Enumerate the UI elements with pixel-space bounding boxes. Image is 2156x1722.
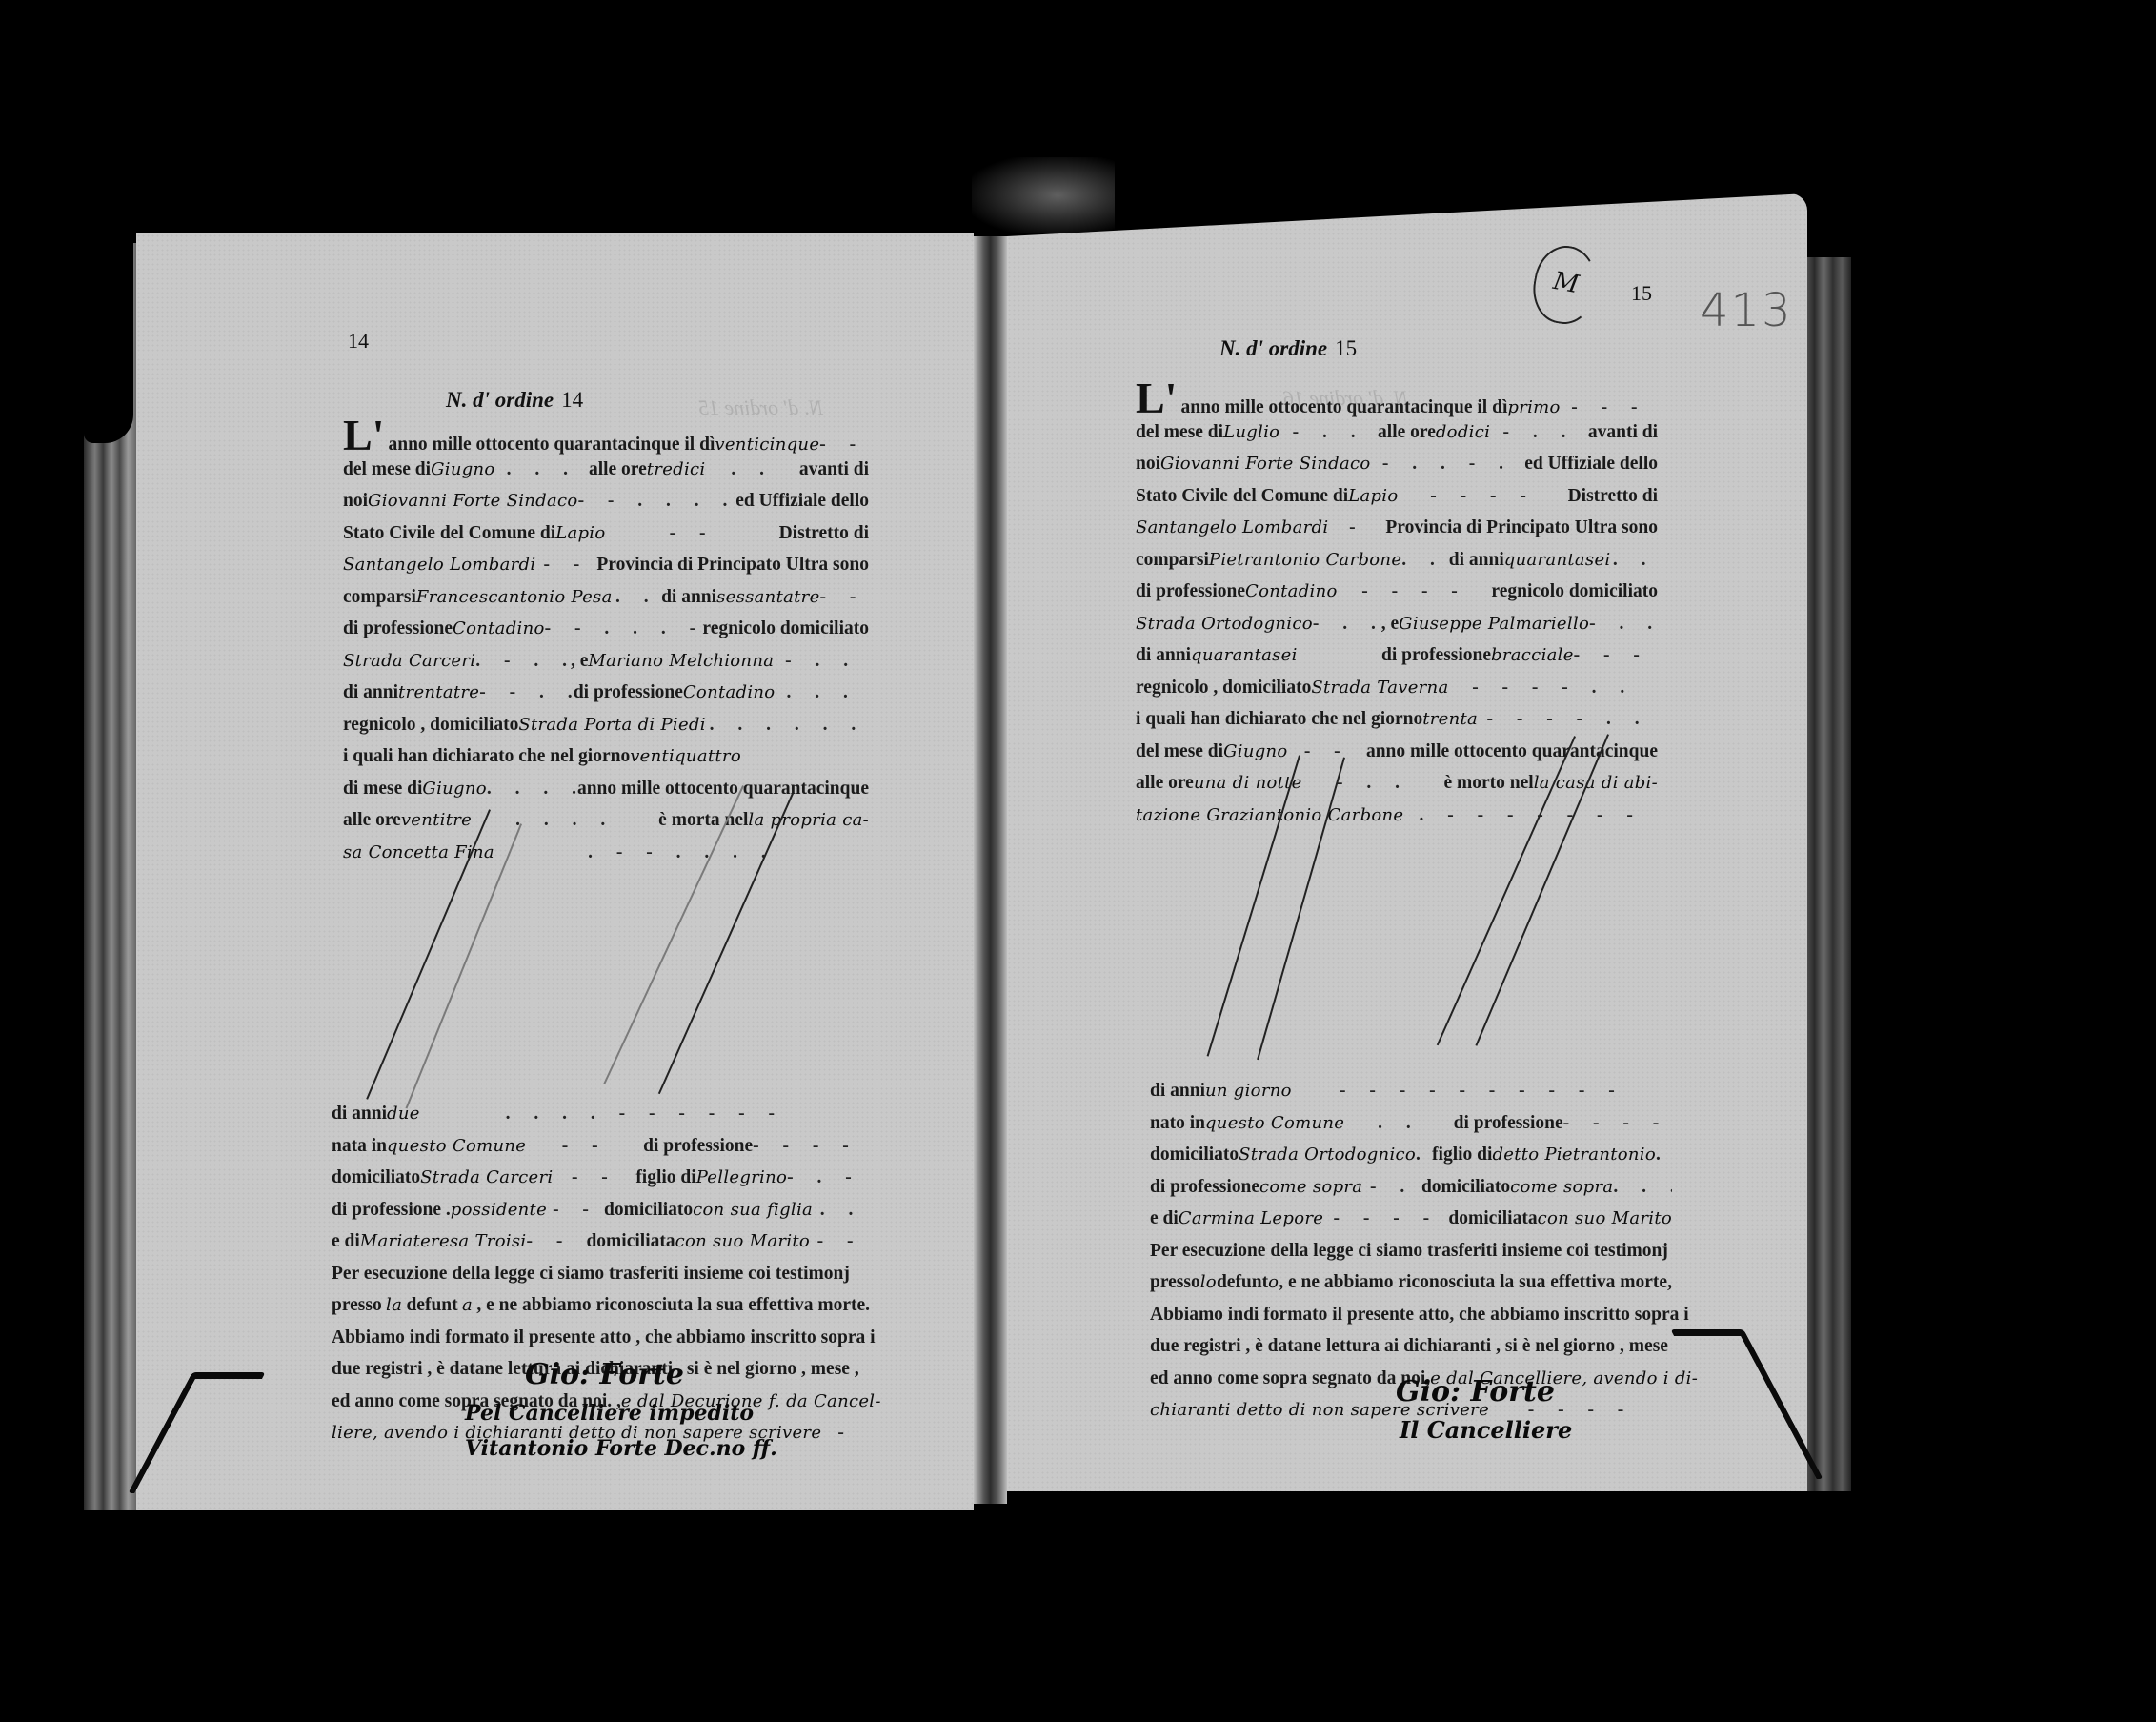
record-line: Per esecuzione della legge ci siamo tras… (332, 1258, 870, 1290)
filler-dashes: - - . . . - (545, 613, 703, 645)
handwritten-entry: Giugno (1223, 736, 1287, 768)
handwritten-entry: dodici (1436, 416, 1490, 449)
printed-text: di professione (1454, 1107, 1563, 1140)
printed-text: di professione (1381, 639, 1491, 672)
filler-dashes: . - . . . (475, 645, 571, 678)
handwritten-entry: ventitre (401, 804, 472, 837)
handwritten-entry: come sopra (1259, 1171, 1362, 1204)
handwritten-entry: Contadino (1245, 576, 1338, 608)
record-line: pressoladefunta, e ne abbiamo riconosciu… (332, 1289, 870, 1322)
printed-text: regnicolo domiciliato (702, 613, 869, 645)
printed-text: Per esecuzione della legge ci siamo tras… (1150, 1235, 1668, 1267)
signature-mayor: Gio: Forte (1396, 1375, 1555, 1408)
record-line: Strada Carceri. - . . ., eMariano Melchi… (343, 645, 869, 678)
printed-text: defunt (406, 1289, 457, 1322)
printed-text: presso (332, 1289, 382, 1322)
record-body-bottom: di anniun giorno- - - - - - - - - -nato … (1150, 1075, 1672, 1427)
printed-text: di professione (1136, 576, 1245, 608)
record-line: del mese diGiugno. . .alle oretredici. .… (343, 454, 869, 486)
record-line: Stato Civile del Comune diLapio- -Distre… (343, 517, 869, 550)
record-number: 14 (561, 388, 583, 412)
record-line: Stato Civile del Comune diLapio- - - -Di… (1136, 480, 1658, 513)
record-body-bottom: di annidue. . . . - - - - - -nata inques… (332, 1098, 870, 1449)
filler-dashes: - . (1362, 1171, 1421, 1204)
heading-label: N. d' ordine (446, 388, 554, 412)
filler-dashes: - . . . (1589, 608, 1658, 640)
record-line: di annidue. . . . - - - - - - (332, 1098, 870, 1130)
printed-text: di professione (643, 1130, 753, 1163)
printed-text: comparsi (1136, 544, 1209, 577)
filler-dashes: - - (1288, 736, 1366, 768)
right-page-stack (1805, 257, 1851, 1491)
record-line: di professioneContadino- - - -regnicolo … (1136, 576, 1658, 608)
handwritten-entry: Giugno (431, 454, 494, 486)
filler-dashes: . - - . . . . (494, 837, 869, 869)
bleed-through-heading: N. d' ordine 15 (698, 395, 823, 420)
handwritten-entry: con sua figlia (693, 1194, 813, 1226)
handwritten-entry: tazione Graziantonio Carbone (1136, 800, 1403, 832)
record-line: domiciliatoStrada Ortodognico. .figlio d… (1150, 1139, 1672, 1171)
printed-text: nata in (332, 1130, 387, 1163)
handwritten-entry: detto Pietrantonio (1492, 1139, 1656, 1171)
record-line: e diCarmina Lepore- - - -domiciliatacon … (1150, 1203, 1672, 1235)
handwritten-entry: Giovanni Forte Sindaco (1160, 448, 1371, 480)
handwritten-entry: Francescantonio Pesa (416, 581, 613, 614)
printed-text: del mese di (1136, 736, 1223, 768)
printed-text: domiciliato (332, 1162, 420, 1194)
record-line: Per esecuzione della legge ci siamo tras… (1150, 1235, 1672, 1267)
filler-dashes: - - - - - - - - - - (1292, 1075, 1672, 1107)
filler-dashes: . . . (1613, 1171, 1672, 1204)
filler-dashes: - (821, 1417, 870, 1449)
record-line: noiGiovanni Forte Sindaco- - . . . .ed U… (343, 485, 869, 517)
filler-dashes: - - . . . . (578, 485, 736, 517)
printed-text: Provincia di Principato Ultra sono (1385, 512, 1658, 544)
printed-text: di anni (661, 581, 716, 614)
handwritten-entry: tredici (647, 454, 706, 486)
record-line: di annitrentatre- - . .di professioneCon… (343, 677, 869, 709)
printed-text: di anni (343, 677, 398, 709)
record-line: di professionecome sopra- .domiciliatoco… (1150, 1171, 1672, 1204)
printed-text: figlio di (1432, 1139, 1492, 1171)
handwritten-entry: a (462, 1289, 473, 1322)
archive-folio-number: 413 (1700, 284, 1793, 337)
record-line: nato inquesto Comune. .di professione- -… (1150, 1107, 1672, 1140)
printed-text: Per esecuzione della legge ci siamo tras… (332, 1258, 850, 1290)
printed-text: alle ore (1378, 416, 1436, 449)
left-page: 14 N. d' ordine 15 N. d' ordine14 L'anno… (136, 233, 974, 1510)
record-line: pressolodefunto, e ne abbiamo riconosciu… (1150, 1266, 1672, 1299)
handwritten-entry: Santangelo Lombardi (1136, 512, 1328, 544)
filler-dashes: . . (1416, 1139, 1432, 1171)
page-number: 14 (348, 329, 369, 354)
handwritten-entry: con suo Marito (675, 1226, 810, 1258)
right-page: M 15 413 N. d' ordine 16 N. d' ordine15 … (1007, 193, 1807, 1491)
filler-dashes: . . . (495, 454, 589, 486)
printed-text: di anni (332, 1098, 387, 1130)
handwritten-entry: con suo Marito (1538, 1203, 1672, 1235)
filler-dashes: - (1328, 512, 1385, 544)
printed-text: ed Uffiziale dello (1524, 448, 1658, 480)
printed-text: Stato Civile del Comune di (343, 517, 555, 550)
printed-text: è morta nel (658, 804, 748, 837)
printed-text: Provincia di Principato Ultra sono (596, 549, 869, 581)
printed-text: , e (1381, 608, 1399, 640)
handwritten-entry: Strada Ortodognico (1239, 1139, 1416, 1171)
handwritten-entry: questo Comune (1205, 1107, 1344, 1140)
printed-text: domiciliata (1448, 1203, 1537, 1235)
record-line: alle oreuna di notte- . .è morto nella c… (1136, 767, 1658, 800)
signature-clerk: Il Cancelliere (1400, 1416, 1572, 1444)
filler-dashes: - - - - . . (1449, 672, 1659, 704)
record-line: Strada Ortodognico- . . ., eGiuseppe Pal… (1136, 608, 1658, 640)
handwritten-entry: Mariano Melchionna (588, 645, 774, 678)
handwritten-entry: trenta (1422, 703, 1478, 736)
printed-text: di mese di (343, 773, 422, 805)
handwritten-entry: Contadino (453, 613, 545, 645)
printed-text: defunt (1217, 1266, 1268, 1299)
printed-text: noi (1136, 448, 1160, 480)
filler-dashes: - - (606, 517, 779, 550)
filler-dashes: - - . (526, 1226, 586, 1258)
filler-dashes: - . . (1279, 416, 1378, 449)
filler-dashes: - - . . (479, 677, 574, 709)
printed-text: alle ore (1136, 767, 1194, 800)
handwritten-entry: ventiquattro (630, 740, 741, 773)
left-page-stack (84, 243, 139, 1510)
handwritten-entry: Santangelo Lombardi (343, 549, 535, 581)
filler-dashes: - - (810, 1226, 870, 1258)
record-line: regnicolo , domiciliatoStrada Porta di P… (343, 709, 869, 741)
filler-dashes: . . . . - - - - - - (420, 1098, 870, 1130)
printed-text: di professione (1150, 1171, 1259, 1204)
printed-text: di professione . (332, 1194, 451, 1226)
filler-dashes: - - (526, 1130, 643, 1163)
handwritten-entry: trentatre (398, 677, 479, 709)
handwritten-entry: Contadino (683, 677, 776, 709)
handwritten-entry: Lapio (555, 517, 605, 550)
printed-text: presso (1150, 1266, 1200, 1299)
filler-dashes: - - - - . . (753, 1130, 870, 1163)
printed-text: del mese di (1136, 416, 1223, 449)
filler-dashes: . . (1344, 1107, 1453, 1140)
record-line: comparsiPietrantonio Carbone. . .di anni… (1136, 544, 1658, 577)
binding-stain (972, 157, 1115, 233)
book-gutter (974, 236, 1007, 1504)
handwritten-entry: Giugno (422, 773, 486, 805)
handwritten-entry: Strada Taverna (1311, 672, 1448, 704)
printed-text: alle ore (589, 454, 647, 486)
filler-dashes: . . (613, 581, 661, 614)
handwritten-entry: bracciale (1491, 639, 1574, 672)
printed-text: alle ore (343, 804, 401, 837)
filler-dashes: . . . . (472, 804, 658, 837)
printed-text: regnicolo , domiciliato (1136, 672, 1311, 704)
printed-text: di anni (1150, 1075, 1205, 1107)
printed-text: figlio di (635, 1162, 695, 1194)
handwritten-entry: o (1268, 1266, 1279, 1299)
signature-clerk: Pel Cancelliere impedito (465, 1401, 754, 1426)
handwritten-entry: Giuseppe Palmariello (1399, 608, 1589, 640)
handwritten-entry: Strada Carceri (420, 1162, 553, 1194)
printed-text: i quali han dichiarato che nel giorno (1136, 703, 1422, 736)
printed-text: ed anno come sopra segnato da noi, (1150, 1363, 1430, 1395)
printed-text: avanti di (1588, 416, 1658, 449)
filler-dashes: - . . (1490, 416, 1588, 449)
printed-text: e di (1150, 1203, 1179, 1235)
handwritten-entry: possidente (451, 1194, 547, 1226)
printed-text: noi (343, 485, 368, 517)
record-line: domiciliatoStrada Carceri- -figlio diPel… (332, 1162, 870, 1194)
handwritten-entry: Pellegrino (696, 1162, 787, 1194)
record-heading: N. d' ordine15 (1219, 336, 1357, 361)
printed-text: nato in (1150, 1107, 1205, 1140)
handwritten-entry: la (386, 1289, 402, 1322)
filler-dashes: - - - - . . (1478, 703, 1658, 736)
filler-dashes: - . . - . (1371, 448, 1525, 480)
handwritten-entry: Luglio (1223, 416, 1279, 449)
handwritten-entry: questo Comune (387, 1130, 526, 1163)
heading-label: N. d' ordine (1219, 336, 1327, 360)
printed-text: di anni (1136, 639, 1191, 672)
filler-dashes: - . . (1302, 767, 1444, 800)
printed-text: di anni (1449, 544, 1504, 577)
record-line: noiGiovanni Forte Sindaco- . . - .ed Uff… (1136, 448, 1658, 480)
printed-text: Abbiamo indi formato il presente atto , … (332, 1322, 876, 1354)
filler-dashes: . . (1656, 1139, 1672, 1171)
filler-dashes: . . (705, 454, 798, 486)
printed-text: regnicolo , domiciliato (343, 709, 518, 741)
handwritten-entry: Lapio (1348, 480, 1398, 513)
handwritten-entry: due (387, 1098, 420, 1130)
record-line: Santangelo Lombardi- -Provincia di Princ… (343, 549, 869, 581)
drop-capital: L' (343, 421, 384, 450)
printed-text: Abbiamo indi formato il presente atto, c… (1150, 1299, 1689, 1331)
record-line: Abbiamo indi formato il presente atto , … (332, 1322, 870, 1354)
record-line: due registri , è datane lettura ai dichi… (1150, 1330, 1672, 1363)
handwritten-entry: quarantasei (1191, 639, 1298, 672)
record-line: del mese diGiugno- -anno mille ottocento… (1136, 736, 1658, 768)
record-line: e diMariateresa Troisi- - .domiciliataco… (332, 1226, 870, 1258)
filler-dashes: . . (813, 1194, 870, 1226)
record-line: Santangelo Lombardi-Provincia di Princip… (1136, 512, 1658, 544)
record-body-top: L'anno mille ottocento quarantacinque il… (1136, 384, 1658, 831)
filler-dashes: . . . . . . (706, 709, 869, 741)
handwritten-entry: quarantasei (1504, 544, 1611, 577)
record-line: alle oreventitre. . . .è morta nella pro… (343, 804, 869, 837)
record-line: sa Concetta Fina. - - . . . . (343, 837, 869, 869)
signature-mayor: Gio: Forte (525, 1358, 684, 1391)
printed-text: è morto nel (1443, 767, 1533, 800)
handwritten-entry: Strada Carceri (343, 645, 475, 678)
handwritten-entry: come sopra (1510, 1171, 1613, 1204)
printed-text: domiciliata (586, 1226, 675, 1258)
printed-text: , e ne abbiamo riconosciuta la sua effet… (476, 1289, 870, 1322)
handwritten-entry: Strada Ortodognico (1136, 608, 1313, 640)
record-line: comparsiFrancescantonio Pesa. .di annise… (343, 581, 869, 614)
filler-dashes: - - (547, 1194, 604, 1226)
printed-text: due registri , è datane lettura ai dichi… (1150, 1330, 1668, 1363)
record-line: i quali han dichiarato che nel giornoven… (343, 740, 869, 773)
ink-stamp-mark: M (1527, 241, 1602, 329)
printed-text: comparsi (343, 581, 416, 614)
printed-text: domiciliato (604, 1194, 693, 1226)
printed-text: , e (571, 645, 588, 678)
record-heading: N. d' ordine14 (446, 388, 583, 413)
filler-dashes: . . . . (487, 773, 577, 805)
filler-dashes: . . . (1401, 544, 1449, 577)
filler-dashes: - . . . (1313, 608, 1381, 640)
printed-text: Stato Civile del Comune di (1136, 480, 1348, 513)
handwritten-entry: Strada Porta di Piedi (518, 709, 706, 741)
page-number: 15 (1631, 281, 1652, 306)
filler-dashes: - - - - - - (1563, 1107, 1672, 1140)
printed-text: regnicolo domiciliato (1491, 576, 1658, 608)
signature-decurion: Vitantonio Forte Dec.no ff. (465, 1436, 777, 1461)
filler-dashes: - - - - (1338, 576, 1492, 608)
handwritten-entry: Pietrantonio Carbone (1209, 544, 1401, 577)
filler-dashes: - . - - (787, 1162, 870, 1194)
filler-dashes: . - - - - - - - (1403, 800, 1658, 832)
filler-dashes: - - (553, 1162, 635, 1194)
printed-text: domiciliato (1150, 1139, 1239, 1171)
record-line: L'anno mille ottocento quarantacinque il… (343, 421, 869, 454)
printed-text: avanti di (799, 454, 869, 486)
record-line: nata inquesto Comune- -di professione- -… (332, 1130, 870, 1163)
handwritten-entry: Carmina Lepore (1179, 1203, 1323, 1235)
handwritten-entry: Giovanni Forte Sindaco (368, 485, 578, 517)
record-line: di professioneContadino- - . . . -regnic… (343, 613, 869, 645)
filler-dashes: - . . (774, 645, 869, 678)
record-line: di professione .possidente- -domiciliato… (332, 1194, 870, 1226)
printed-text: di professione (574, 677, 683, 709)
record-line: L'anno mille ottocento quarantacinque il… (1136, 384, 1658, 416)
handwritten-entry: lo (1200, 1266, 1217, 1299)
printed-text: di professione (343, 613, 453, 645)
printed-text: del mese di (343, 454, 431, 486)
filler-dashes: - - - - (1323, 1203, 1448, 1235)
printed-text: Distretto di (1568, 480, 1658, 513)
record-line: regnicolo , domiciliatoStrada Taverna- -… (1136, 672, 1658, 704)
filler-dashes: . . . (775, 677, 869, 709)
filler-dashes: - - - - (1399, 480, 1568, 513)
handwritten-entry: sessantatre (716, 581, 819, 614)
filler-dashes: - - . . (820, 581, 869, 614)
printed-text: anno mille ottocento quarantacinque (1366, 736, 1658, 768)
record-line: i quali han dichiarato che nel giornotre… (1136, 703, 1658, 736)
record-line: del mese diLuglio- . .alle oredodici- . … (1136, 416, 1658, 449)
printed-text: i quali han dichiarato che nel giorno (343, 740, 630, 773)
printed-text: e di (332, 1226, 360, 1258)
printed-text: anno mille ottocento quarantacinque (577, 773, 869, 805)
handwritten-entry: la propria ca- (748, 804, 869, 837)
filler-dashes: - - (535, 549, 596, 581)
filler-dashes: . . (1610, 544, 1658, 577)
printed-text: Distretto di (779, 517, 869, 550)
drop-capital: L' (1136, 384, 1177, 413)
filler-dashes: - - - - . (1574, 639, 1658, 672)
printed-text: , e ne abbiamo riconosciuta la sua effet… (1279, 1266, 1672, 1299)
record-line: di anniun giorno- - - - - - - - - - (1150, 1075, 1672, 1107)
handwritten-entry: un giorno (1205, 1075, 1292, 1107)
handwritten-entry: Mariateresa Troisi (360, 1226, 527, 1258)
record-line: Abbiamo indi formato il presente atto, c… (1150, 1299, 1672, 1331)
record-number: 15 (1335, 336, 1357, 360)
record-line: di anniquarantaseidi professionebraccial… (1136, 639, 1658, 672)
printed-text: domiciliato (1421, 1171, 1510, 1204)
printed-text: ed Uffiziale dello (735, 485, 869, 517)
